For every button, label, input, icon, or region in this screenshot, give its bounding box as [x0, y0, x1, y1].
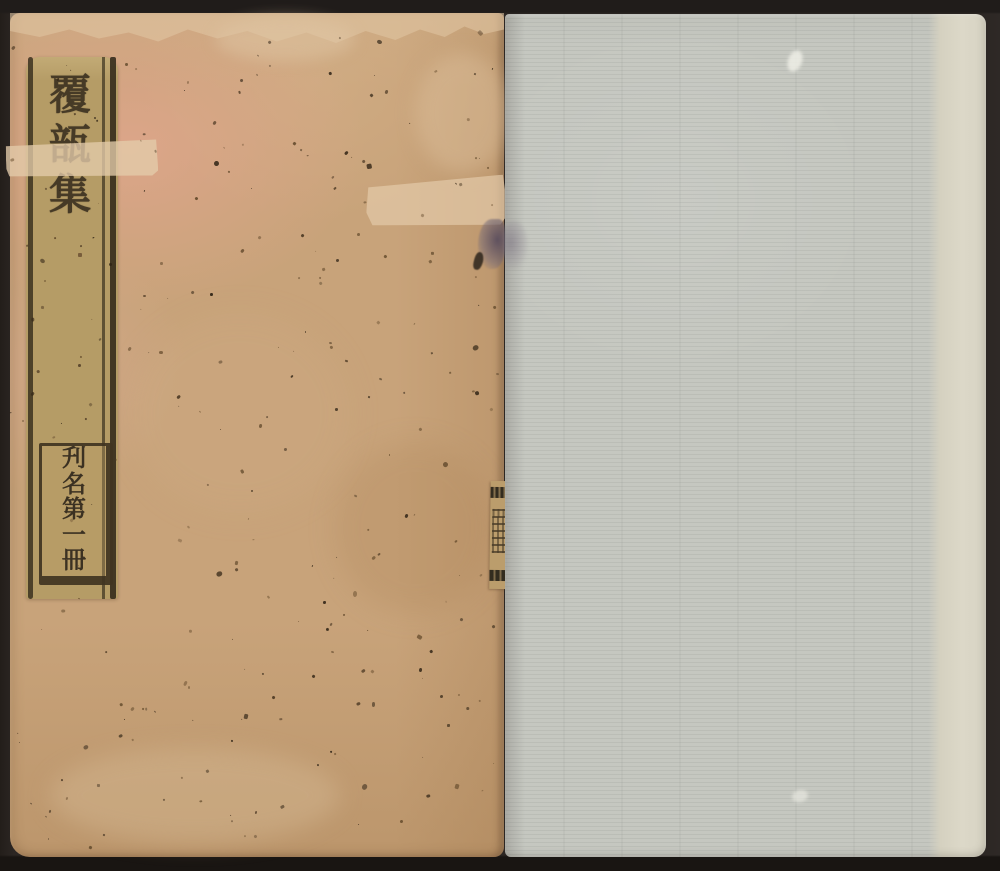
foxing-speck	[305, 331, 306, 333]
foxing-speck	[351, 156, 353, 158]
foxing-speck	[235, 561, 239, 566]
foxing-speck	[240, 79, 244, 83]
foxing-speck	[334, 187, 338, 190]
foxing-speck	[363, 201, 366, 204]
foxing-speck	[257, 235, 261, 239]
foxing-speck	[119, 703, 122, 706]
foxing-speck	[459, 575, 461, 577]
foxing-speck	[367, 163, 372, 169]
foxing-speck	[132, 739, 134, 741]
foxing-speck	[159, 351, 163, 354]
book-scan: 覆 瓿 集 刋 名 第 一 冊	[0, 0, 1000, 871]
foxing-speck	[489, 407, 493, 411]
foxing-speck	[312, 565, 314, 567]
foxing-speck	[293, 141, 297, 145]
foxing-speck	[329, 346, 333, 350]
foxing-speck	[496, 373, 499, 376]
foxing-speck	[300, 233, 304, 237]
foxing-speck	[210, 293, 213, 296]
foxing-speck	[18, 742, 19, 743]
foxing-speck	[318, 277, 321, 280]
foxing-speck	[22, 420, 25, 423]
foxing-speck	[97, 783, 100, 786]
foxing-speck	[178, 406, 180, 408]
foxing-speck	[326, 627, 330, 631]
foxing-speck	[479, 574, 483, 578]
foxing-speck	[447, 724, 451, 727]
foxing-speck	[343, 613, 346, 616]
foxing-speck	[218, 360, 223, 364]
foxing-speck	[400, 820, 404, 824]
foxing-speck	[234, 568, 238, 572]
foxing-speck	[472, 390, 475, 393]
volume-character: 一	[62, 524, 86, 550]
foxing-speck	[458, 694, 460, 696]
foxing-speck	[105, 650, 108, 653]
foxing-speck	[231, 820, 233, 822]
foxing-speck	[413, 514, 415, 516]
foxing-speck	[206, 483, 209, 486]
foxing-speck	[362, 160, 366, 164]
foxing-speck	[426, 794, 430, 798]
foxing-speck	[244, 835, 246, 837]
foxing-speck	[317, 763, 319, 765]
foxing-speck	[16, 733, 18, 735]
paper-mottle	[50, 748, 340, 843]
foxing-speck	[280, 805, 285, 810]
foxing-speck	[11, 45, 16, 50]
foxing-speck	[389, 454, 390, 456]
foxing-speck	[449, 372, 451, 375]
foxing-speck	[10, 412, 12, 414]
foxing-speck	[48, 809, 51, 812]
volume-character: 冊	[62, 549, 86, 575]
foxing-speck	[184, 680, 189, 686]
foxing-speck	[370, 93, 374, 97]
foxing-speck	[325, 628, 328, 630]
foxing-speck	[430, 352, 432, 354]
foxing-speck	[307, 155, 309, 157]
foxing-speck	[487, 167, 490, 170]
foxing-speck	[329, 342, 332, 345]
foxing-speck	[166, 297, 168, 299]
foxing-speck	[230, 740, 233, 743]
foxing-speck	[298, 277, 301, 280]
foxing-speck	[329, 623, 333, 627]
foxing-speck	[418, 428, 422, 432]
foxing-speck	[344, 151, 349, 156]
foxing-speck	[142, 133, 145, 136]
foxing-speck	[374, 75, 375, 76]
foxing-speck	[442, 461, 448, 468]
foxing-speck	[269, 64, 272, 67]
foxing-speck	[127, 347, 132, 352]
foxing-speck	[479, 699, 481, 701]
foxing-speck	[460, 618, 464, 622]
foxing-speck	[206, 769, 210, 773]
foxing-speck	[253, 539, 255, 540]
foxing-speck	[239, 469, 244, 474]
paper-crease	[785, 48, 806, 73]
foxing-speck	[190, 291, 194, 296]
foxing-speck	[371, 555, 376, 560]
blank-endpaper	[505, 14, 986, 857]
foxing-speck	[315, 250, 316, 252]
foxing-speck	[455, 784, 460, 790]
title-character: 集	[40, 171, 100, 221]
foxing-speck	[83, 744, 89, 750]
foxing-speck	[372, 702, 375, 707]
foxing-speck	[416, 634, 422, 640]
foxing-speck	[323, 601, 326, 604]
paper-mottle	[130, 313, 350, 513]
book-front-cover: 覆 瓿 集 刋 名 第 一 冊	[10, 13, 504, 857]
foxing-speck	[366, 629, 368, 631]
foxing-speck	[336, 557, 338, 559]
foxing-speck	[230, 815, 232, 817]
foxing-speck	[143, 295, 146, 297]
foxing-speck	[445, 600, 447, 602]
foxing-speck	[88, 846, 92, 850]
foxing-speck	[422, 678, 423, 679]
foxing-speck	[244, 669, 245, 671]
foxing-speck	[356, 702, 361, 706]
foxing-speck	[62, 610, 66, 613]
foxing-speck	[41, 629, 43, 631]
foxing-speck	[318, 281, 322, 286]
foxing-speck	[422, 756, 424, 758]
foxing-speck	[491, 625, 495, 629]
foxing-speck	[255, 811, 258, 814]
foxing-speck	[220, 429, 221, 431]
foxing-speck	[311, 675, 315, 679]
foxing-speck	[242, 143, 244, 146]
foxing-speck	[227, 171, 230, 174]
paper-crease	[791, 788, 810, 804]
foxing-speck	[194, 196, 198, 200]
foxing-speck	[414, 322, 416, 324]
foxing-speck	[357, 233, 360, 236]
volume-character: 刋	[62, 447, 86, 473]
torn-top-edge	[10, 13, 504, 43]
label-border-rule	[28, 57, 33, 599]
volume-character: 第	[62, 498, 86, 524]
foxing-speck	[428, 260, 432, 264]
foxing-speck	[140, 309, 142, 311]
foxing-speck	[329, 750, 332, 753]
foxing-speck	[361, 668, 366, 672]
foxing-speck	[216, 570, 223, 577]
foxing-speck	[467, 118, 470, 121]
foxing-speck	[280, 719, 283, 721]
title-character: 覆	[40, 71, 100, 121]
foxing-speck	[102, 834, 105, 837]
foxing-speck	[278, 347, 279, 348]
foxing-speck	[354, 494, 358, 498]
foxing-speck	[440, 695, 444, 698]
foxing-speck	[418, 667, 422, 672]
foxing-speck	[163, 799, 166, 802]
foxing-speck	[259, 424, 263, 429]
foxing-speck	[293, 351, 295, 353]
foxing-speck	[478, 305, 480, 307]
repair-tape-strip	[6, 139, 159, 178]
foxing-speck	[212, 121, 217, 126]
foxing-speck	[482, 790, 484, 792]
foxing-speck	[184, 90, 185, 91]
foxing-speck	[200, 800, 203, 802]
foxing-speck	[271, 696, 275, 700]
foxing-speck	[141, 708, 144, 711]
foxing-speck	[377, 553, 381, 557]
foxing-speck	[331, 650, 334, 653]
foxing-speck	[474, 391, 479, 396]
foxing-speck	[431, 252, 434, 255]
foxing-speck	[192, 720, 194, 722]
foxing-speck	[454, 539, 458, 542]
foxing-speck	[266, 595, 269, 598]
foxing-speck	[176, 395, 181, 400]
foxing-speck	[493, 306, 497, 310]
foxing-speck	[368, 395, 370, 398]
foxing-speck	[125, 63, 128, 67]
foxing-speck	[321, 268, 325, 272]
foxing-speck	[474, 276, 476, 278]
foxing-speck	[284, 447, 287, 450]
foxing-speck	[146, 708, 148, 711]
foxing-speck	[299, 148, 302, 151]
foxing-speck	[257, 54, 259, 56]
foxing-speck	[492, 68, 494, 70]
foxing-speck	[29, 803, 31, 805]
foxing-speck	[199, 411, 201, 413]
foxing-speck	[267, 40, 271, 45]
foxing-speck	[357, 824, 359, 826]
foxing-speck	[475, 156, 478, 159]
foxing-speck	[237, 91, 240, 94]
paper-mottle	[335, 443, 495, 613]
foxing-speck	[248, 517, 250, 519]
foxing-speck	[479, 158, 480, 159]
foxing-speck	[298, 621, 299, 622]
foxing-speck	[118, 734, 123, 739]
paper-mottle	[415, 53, 510, 173]
foxing-speck	[383, 254, 387, 258]
foxing-speck	[48, 838, 49, 840]
foxing-speck	[329, 72, 332, 76]
foxing-speck	[472, 344, 480, 352]
foxing-speck	[429, 649, 433, 653]
foxing-speck	[251, 490, 254, 493]
ink-blot-bleed	[504, 221, 528, 269]
foxing-speck	[223, 146, 225, 148]
foxing-speck	[376, 40, 382, 45]
foxing-speck	[265, 415, 268, 418]
foxing-speck	[409, 123, 411, 125]
foxing-speck	[66, 797, 69, 800]
foxing-speck	[45, 816, 47, 818]
foxing-speck	[243, 714, 248, 720]
foxing-speck	[474, 73, 476, 75]
foxing-speck	[361, 783, 369, 791]
foxing-speck	[253, 835, 257, 839]
foxing-speck	[188, 686, 190, 689]
foxing-speck	[189, 630, 192, 633]
foxing-speck	[181, 777, 184, 780]
foxing-speck	[376, 320, 380, 324]
foxing-speck	[177, 538, 181, 542]
foxing-speck	[353, 591, 358, 597]
foxing-speck	[187, 81, 189, 84]
foxing-speck	[334, 753, 337, 756]
foxing-speck	[143, 190, 145, 192]
foxing-speck	[241, 719, 243, 721]
foxing-speck	[153, 711, 155, 713]
foxing-speck	[335, 408, 338, 411]
foxing-speck	[262, 672, 265, 675]
foxing-speck	[345, 359, 348, 362]
foxing-speck	[332, 176, 335, 179]
foxing-speck	[466, 707, 470, 710]
foxing-speck	[160, 262, 163, 265]
foxing-speck	[405, 514, 409, 519]
foxing-speck	[291, 374, 294, 377]
foxing-speck	[187, 525, 190, 528]
foxing-speck	[214, 160, 219, 165]
foxing-speck	[130, 706, 135, 711]
foxing-speck	[370, 670, 374, 674]
foxing-speck	[123, 719, 124, 720]
volume-character: 名	[62, 473, 86, 499]
foxing-speck	[241, 248, 246, 253]
foxing-speck	[334, 578, 335, 580]
foxing-speck	[367, 529, 369, 532]
foxing-speck	[60, 779, 63, 782]
volume-label-box: 刋 名 第 一 冊	[39, 443, 113, 585]
foxing-speck	[256, 74, 258, 76]
foxing-speck	[232, 639, 233, 640]
foxing-speck	[384, 90, 388, 95]
foxing-speck	[403, 391, 406, 394]
foxing-speck	[148, 352, 150, 353]
foxing-speck	[434, 70, 437, 73]
foxing-speck	[336, 259, 340, 263]
foxing-speck	[250, 188, 251, 189]
foxing-speck	[493, 763, 494, 765]
foxing-speck	[378, 377, 381, 380]
foxing-speck	[134, 68, 137, 71]
